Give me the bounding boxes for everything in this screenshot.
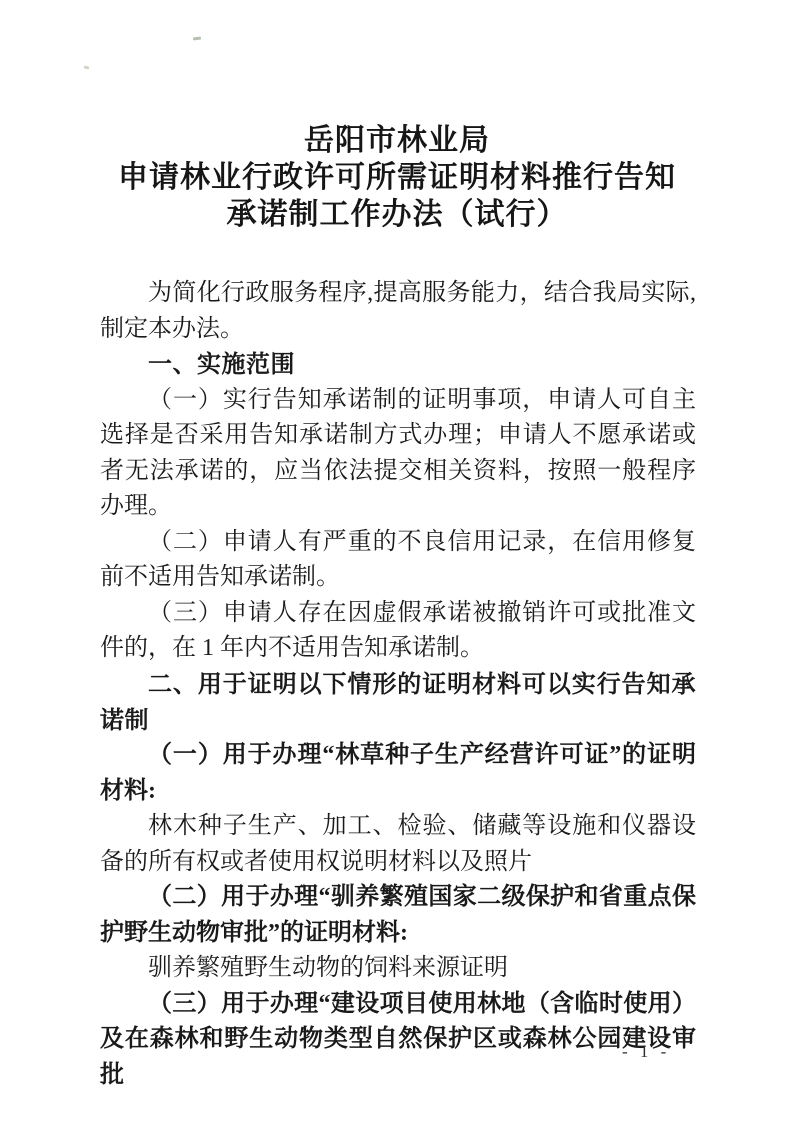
paragraph-item-2-2-head: （二）用于办理“驯养繁殖国家二级保护和省重点保护野生动物审批”的证明材料: bbox=[100, 880, 696, 951]
paragraph-item-2-3-head: （三）用于办理“建设项目使用林地（含临时使用）及在森林和野生动物类型自然保护区或… bbox=[100, 987, 696, 1094]
paragraph-intro: 为简化行政服务程序,提高服务能力，结合我局实际,制定本办法。 bbox=[100, 276, 696, 347]
scanned-document-page: 岳阳市林业局 申请林业行政许可所需证明材料推行告知 承诺制工作办法（试行） 为简… bbox=[0, 0, 794, 1122]
paragraph-item-1-3: （三）申请人存在因虚假承诺被撤销许可或批准文件的，在 1 年内不适用告知承诺制。 bbox=[100, 596, 696, 667]
title-line-2: 申请林业行政许可所需证明材料推行告知 bbox=[60, 159, 734, 196]
section-heading-1: 一、实施范围 bbox=[100, 347, 696, 383]
paragraph-item-1-1: （一）实行告知承诺制的证明事项，申请人可自主选择是否采用告知承诺制方式办理；申请… bbox=[100, 383, 696, 525]
section-heading-2: 二、用于证明以下情形的证明材料可以实行告知承诺制 bbox=[100, 667, 696, 738]
scan-speck-icon bbox=[84, 66, 90, 70]
paragraph-item-1-2: （二）申请人有严重的不良信用记录，在信用修复前不适用告知承诺制。 bbox=[100, 525, 696, 596]
paragraph-item-2-1-head: （一）用于办理“林草种子生产经营许可证”的证明材料: bbox=[100, 738, 696, 809]
page-number: - 1 - bbox=[622, 1042, 670, 1062]
title-line-1: 岳阳市林业局 bbox=[60, 122, 734, 159]
document-body: 为简化行政服务程序,提高服务能力，结合我局实际,制定本办法。 一、实施范围 （一… bbox=[100, 276, 696, 1094]
paragraph-item-2-1-body: 林木种子生产、加工、检验、储藏等设施和仪器设备的所有权或者使用权说明材料以及照片 bbox=[100, 809, 696, 880]
scan-speck-icon bbox=[193, 36, 201, 40]
document-title: 岳阳市林业局 申请林业行政许可所需证明材料推行告知 承诺制工作办法（试行） bbox=[60, 122, 734, 233]
title-line-3: 承诺制工作办法（试行） bbox=[60, 196, 734, 233]
paragraph-item-2-2-body: 驯养繁殖野生动物的饲料来源证明 bbox=[100, 951, 696, 987]
